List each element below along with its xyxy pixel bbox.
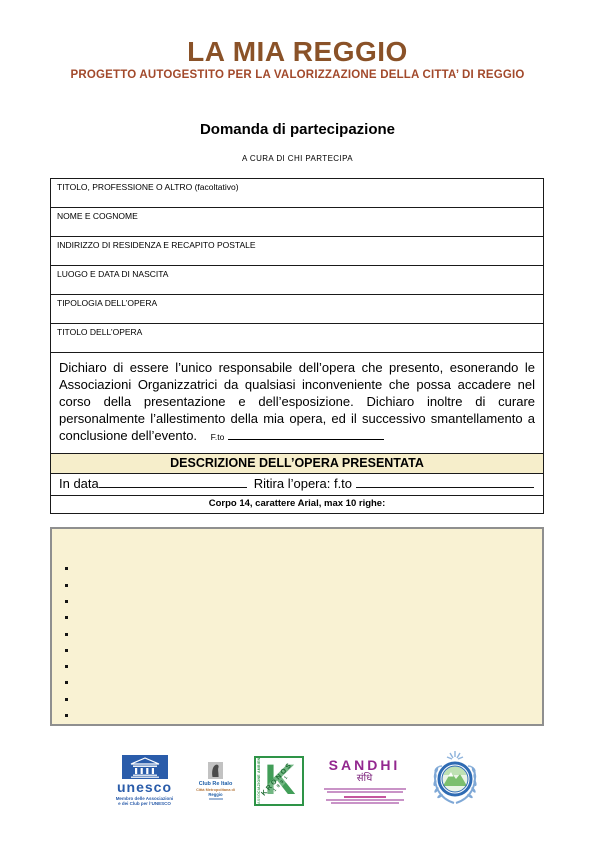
form-table: TITOLO, PROFESSIONE O ALTRO (facoltativo… <box>50 178 544 514</box>
club-re-italo-title: Club Re Italo <box>193 781 239 787</box>
kronos-logo: ASSOCIAZIONE AMBIENTALISTA K KRONOS 1991 <box>254 756 304 806</box>
description-section-header: DESCRIZIONE DELL’OPERA PRESENTATA <box>51 454 543 474</box>
signature-line <box>228 429 384 440</box>
field-label: TIPOLOGIA DELL’OPERA <box>57 298 157 308</box>
club-re-italo-fineprint <box>209 798 223 800</box>
withdraw-label: Ritira l’opera: f.to <box>254 476 352 491</box>
sandhi-fineprint-line <box>324 788 406 790</box>
signature-label: F.to <box>211 432 225 442</box>
document-header: LA MIA REGGIO PROGETTO AUTOGESTITO PER L… <box>0 0 595 81</box>
bullet-item <box>52 574 542 590</box>
form-title: Domanda di partecipazione <box>0 121 595 138</box>
declaration-paragraph: Dichiaro di essere l’unico responsabile … <box>51 353 543 454</box>
footer-logos: unesco Membro delle Associazioni e dei C… <box>0 749 595 812</box>
form-subtitle: A CURA DI CHI PARTECIPA <box>0 154 595 163</box>
field-row-titolo-professione: TITOLO, PROFESSIONE O ALTRO (facoltativo… <box>51 179 543 208</box>
page-subtitle: PROGETTO AUTOGESTITO PER LA VALORIZZAZIO… <box>0 69 595 81</box>
sandhi-fineprint-line <box>327 791 403 793</box>
bullet-square-icon <box>65 714 68 717</box>
unesco-logo: unesco Membro delle Associazioni e dei C… <box>112 755 178 807</box>
field-row-nome-cognome: NOME E COGNOME <box>51 208 543 237</box>
bullet-square-icon <box>65 600 68 603</box>
date-line <box>99 477 247 488</box>
bullet-square-icon <box>65 665 68 668</box>
bullet-square-icon <box>65 649 68 652</box>
withdrawal-row: In dataRitira l’opera: f.to <box>51 474 543 496</box>
field-row-indirizzo: INDIRIZZO DI RESIDENZA E RECAPITO POSTAL… <box>51 237 543 266</box>
description-box <box>50 527 544 726</box>
bullet-item <box>52 590 542 606</box>
wreath-emblem-logo <box>426 749 484 812</box>
unesco-wordmark: unesco <box>112 780 178 794</box>
bullet-square-icon <box>65 698 68 701</box>
sandhi-hindi-text: संधि <box>319 773 411 784</box>
bullet-item <box>52 557 542 573</box>
withdraw-signature-line <box>356 477 534 488</box>
bullet-square-icon <box>65 616 68 619</box>
sandhi-wordmark: SANDHI <box>319 758 411 772</box>
bullet-square-icon <box>65 633 68 636</box>
field-row-luogo-data-nascita: LUOGO E DATA DI NASCITA <box>51 266 543 295</box>
bullet-item <box>52 655 542 671</box>
sandhi-logo: SANDHI संधि <box>319 758 411 804</box>
page-title: LA MIA REGGIO <box>0 37 595 66</box>
field-label: LUOGO E DATA DI NASCITA <box>57 269 168 279</box>
bullet-item <box>52 639 542 655</box>
field-row-tipologia-opera: TIPOLOGIA DELL’OPERA <box>51 295 543 324</box>
format-note: Corpo 14, carattere Arial, max 10 righe: <box>51 496 543 513</box>
date-label: In data <box>59 476 99 491</box>
sandhi-fineprint-line <box>344 796 386 798</box>
sandhi-fineprint-line <box>331 802 399 804</box>
field-label: TITOLO, PROFESSIONE O ALTRO (facoltativo… <box>57 182 239 192</box>
field-label: NOME E COGNOME <box>57 211 138 221</box>
bullet-item <box>52 671 542 687</box>
sandhi-fineprint-line <box>326 799 404 801</box>
bullet-square-icon <box>65 681 68 684</box>
bullet-item <box>52 688 542 704</box>
bullet-item <box>52 606 542 622</box>
club-re-italo-logo: Club Re Italo Città Metropolitana di Reg… <box>193 762 239 800</box>
bullet-item <box>52 704 542 720</box>
globe-wreath-icon <box>426 749 484 807</box>
unesco-temple-icon <box>122 755 168 779</box>
field-row-titolo-opera: TITOLO DELL’OPERA <box>51 324 543 353</box>
re-italo-head-icon <box>208 762 223 779</box>
bullet-square-icon <box>65 567 68 570</box>
field-label: INDIRIZZO DI RESIDENZA E RECAPITO POSTAL… <box>57 240 256 250</box>
club-re-italo-line2: Reggio <box>193 792 239 797</box>
kronos-side-line2: AMBIENTALISTA <box>257 756 261 773</box>
field-label: TITOLO DELL’OPERA <box>57 327 142 337</box>
document-page: LA MIA REGGIO PROGETTO AUTOGESTITO PER L… <box>0 0 595 841</box>
unesco-caption-line2: e dei Club per l’UNESCO <box>112 801 178 807</box>
bullet-square-icon <box>65 584 68 587</box>
bullet-item <box>52 623 542 639</box>
